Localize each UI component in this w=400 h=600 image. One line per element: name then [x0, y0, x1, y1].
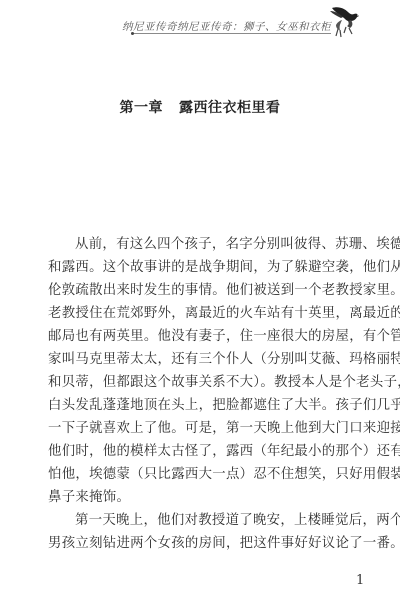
chapter-number: 第一章 — [120, 100, 164, 116]
text-line: 男孩立刻钻进两个女孩的房间，把这件事好好议论了一番。 — [48, 532, 340, 555]
running-title: 纳尼亚传奇纳尼亚传奇：狮子、女巫和衣柜 — [122, 19, 331, 34]
chapter-heading: 第一章露西往衣柜里看 — [0, 97, 400, 117]
text-line: 和贝蒂，但都跟这个故事关系不大）。教授本人是个老头子， — [48, 371, 340, 394]
text-line: 和露西。这个故事讲的是战争期间，为了躲避空袭，他们从 — [48, 256, 340, 279]
text-line: 老教授住在荒郊野外，离最近的火车站有十英里，离最近的 — [48, 302, 340, 325]
page-number: 1 — [356, 573, 364, 588]
chapter-title: 露西往衣柜里看 — [179, 100, 281, 116]
header-rule — [133, 33, 331, 34]
running-header: 纳尼亚传奇纳尼亚传奇：狮子、女巫和衣柜 — [131, 14, 331, 36]
text-line: 怕他，埃德蒙（只比露西大一点）忍不住想笑，只好用假装擤 — [48, 463, 340, 486]
text-line: 家叫马克里蒂太太，还有三个仆人（分别叫艾薇、玛格丽特 — [48, 348, 340, 371]
header-dot — [131, 32, 134, 35]
text-line: 鼻子来掩饰。 — [48, 486, 340, 509]
body-text: 从前，有这么四个孩子，名字分别叫彼得、苏珊、埃德蒙 和露西。这个故事讲的是战争期… — [48, 233, 340, 555]
text-line: 伦敦疏散出来时发生的事情。他们被送到一个老教授家里。 — [48, 279, 340, 302]
text-line: 邮局也有两英里。他没有妻子，住一座很大的房屋，有个管 — [48, 325, 340, 348]
text-line: 从前，有这么四个孩子，名字分别叫彼得、苏珊、埃德蒙 — [48, 233, 340, 256]
pegasus-icon — [326, 2, 366, 42]
text-line: 他们时，他的模样太古怪了，露西（年纪最小的那个）还有点 — [48, 440, 340, 463]
text-line: 白头发乱蓬蓬地顶在头上，把脸都遮住了大半。孩子们几乎 — [48, 394, 340, 417]
text-line: 一下子就喜欢上了他。可是，第一天晚上他到大门口来迎接 — [48, 417, 340, 440]
text-line: 第一天晚上，他们对教授道了晚安，上楼睡觉后，两个 — [48, 509, 340, 532]
